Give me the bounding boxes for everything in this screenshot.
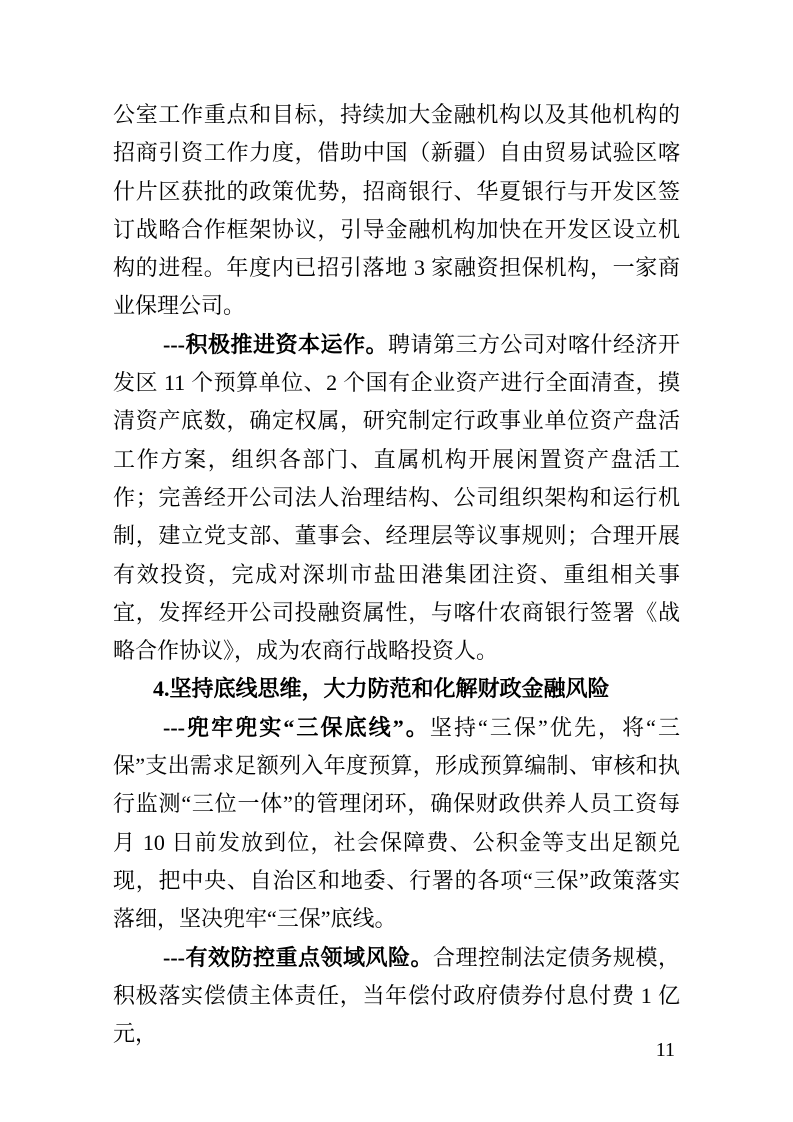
para-three-guarantees-run-1: 坚持“三保”优先，将“三保”支出需求足额列入年度预算，形成预算编制、审核和执行监… xyxy=(113,715,680,931)
document-page: 公室工作重点和目标，持续加大金融机构以及其他机构的招商引资工作力度，借助中国（新… xyxy=(0,0,793,1122)
para-investment-promotion-run-0: 公室工作重点和目标，持续加大金融机构以及其他机构的招商引资工作力度，借助中国（新… xyxy=(113,102,680,318)
para-capital-operation: ---积极推进资本运作。聘请第三方公司对喀什经济开发区 11 个预算单位、2 个… xyxy=(113,326,680,671)
page-number: 11 xyxy=(656,1038,675,1062)
para-investment-promotion: 公室工作重点和目标，持续加大金融机构以及其他机构的招商引资工作力度，借助中国（新… xyxy=(113,96,680,326)
document-text-block: 公室工作重点和目标，持续加大金融机构以及其他机构的招商引资工作力度，借助中国（新… xyxy=(113,96,680,1053)
heading-section-4: 4.坚持底线思维，大力防范和化解财政金融风险 xyxy=(113,670,680,708)
para-key-risk-control-run-0: ---有效防控重点领域风险。 xyxy=(163,945,433,970)
para-capital-operation-run-0: ---积极推进资本运作。 xyxy=(163,332,388,357)
para-three-guarantees-run-0: ---兜牢兜实“三保底线”。 xyxy=(163,715,430,740)
para-capital-operation-run-1: 聘请第三方公司对喀什经济开发区 11 个预算单位、2 个国有企业资产进行全面清查… xyxy=(113,332,680,663)
para-key-risk-control: ---有效防控重点领域风险。合理控制法定债务规模，积极落实偿债主体责任，当年偿付… xyxy=(113,939,680,1054)
heading-section-4-run-0: 4.坚持底线思维，大力防范和化解财政金融风险 xyxy=(153,676,610,701)
para-three-guarantees: ---兜牢兜实“三保底线”。坚持“三保”优先，将“三保”支出需求足额列入年度预算… xyxy=(113,709,680,939)
